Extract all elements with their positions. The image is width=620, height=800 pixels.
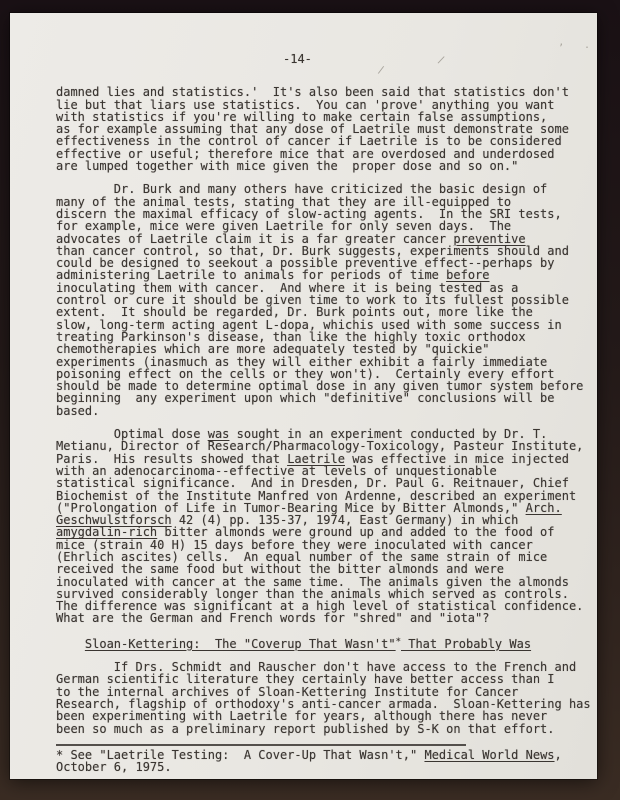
paragraph: If Drs. Schmidt and Rauscher don't have … [56, 661, 589, 735]
underlined-text: Sloan-Kettering: The "Coverup That Wasn'… [85, 637, 396, 651]
text-run: October 6, 1975. [56, 760, 172, 774]
footnote: * See "Laetrile Testing: A Cover-Up That… [56, 744, 589, 774]
underlined-text: That Probably Was [401, 637, 531, 651]
text-line: Sloan-Kettering: The "Coverup That Wasn'… [56, 636, 589, 650]
text-run [56, 637, 85, 651]
text-run: , [555, 748, 562, 762]
text-line: What are the German and French words for… [56, 612, 589, 624]
underlined-text: Arch. [526, 501, 562, 515]
paragraph: Optimal dose was sought in an experiment… [56, 428, 589, 625]
text-line: based. [56, 405, 589, 417]
document-body: damned lies and statistics.' It's also b… [56, 86, 589, 773]
paragraph: Dr. Burk and many others have criticized… [56, 183, 589, 417]
stray-dot-mark: . [584, 40, 590, 51]
text-line: are lumped together with mice given the … [56, 160, 589, 172]
text-run: What are the German and French words for… [56, 611, 489, 625]
text-run: are lumped together with mice given the … [56, 159, 518, 173]
text-run: been so much as a preliminary report pub… [56, 722, 555, 736]
page-content: -14- damned lies and statistics.' It's a… [10, 13, 597, 773]
text-line: beginning any experiment upon which "def… [56, 392, 589, 404]
scanned-page: / / ’ . -14- damned lies and statistics.… [10, 13, 597, 779]
paragraph: damned lies and statistics.' It's also b… [56, 86, 589, 172]
text-run: based. [56, 404, 99, 418]
text-line: been so much as a preliminary report pub… [56, 723, 589, 735]
text-run: beginning any experiment upon which "def… [56, 391, 555, 405]
underlined-text: Medical World News [424, 748, 554, 762]
footnote-rule [56, 744, 466, 746]
stray-dot-mark: ’ [558, 43, 564, 54]
section-heading: Sloan-Kettering: The "Coverup That Wasn'… [56, 636, 589, 650]
text-line: October 6, 1975. [56, 761, 589, 773]
